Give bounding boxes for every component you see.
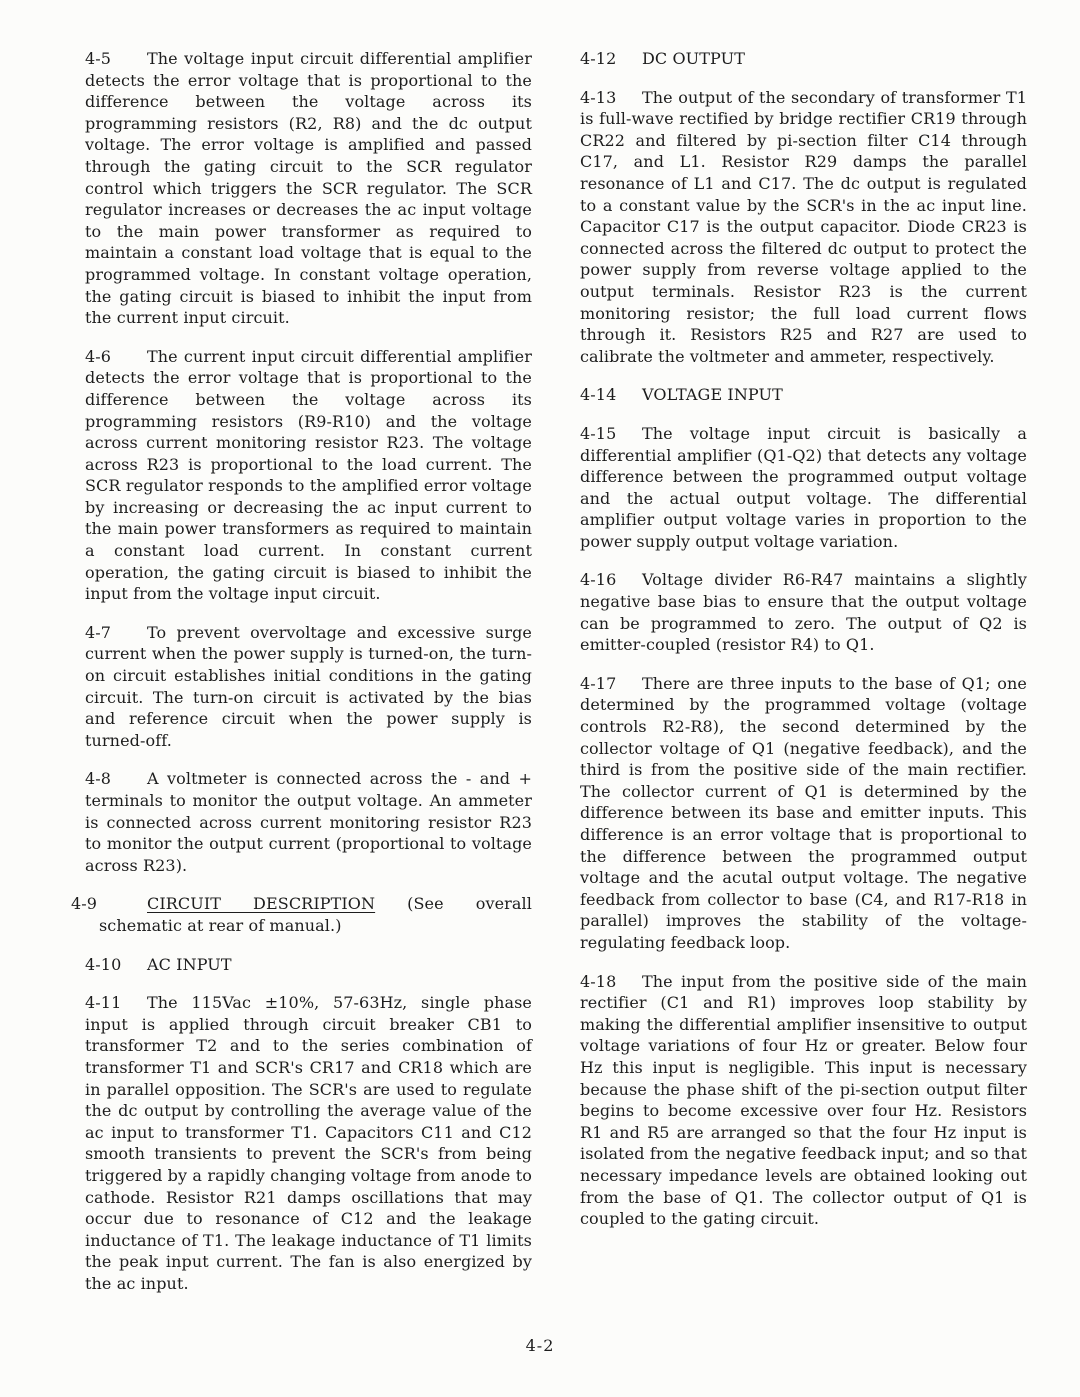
paragraph-4-16: 4-16Voltage divider R6-R47 maintains a s… [580,569,1027,655]
paragraph-number: 4-12 [580,48,642,70]
paragraph-text: The voltage input circuit is basically a… [580,424,1027,551]
paragraph-number: 4-7 [85,622,147,644]
paragraph-4-13: 4-13The output of the secondary of trans… [580,87,1027,368]
paragraph-number: 4-18 [580,971,642,993]
paragraph-text: The voltage input circuit differential a… [85,49,532,327]
paragraph-4-5: 4-5The voltage input circuit differentia… [85,48,532,329]
paragraph-4-17: 4-17There are three inputs to the base o… [580,673,1027,954]
paragraph-text: To prevent overvoltage and excessive sur… [85,623,532,750]
underlined-heading: CIRCUIT DESCRIPTION [147,894,375,913]
paragraph-text: The current input circuit differential a… [85,347,532,604]
paragraph-text: Voltage divider R6-R47 maintains a sligh… [580,570,1027,654]
section-heading-text: DC OUTPUT [642,49,745,68]
paragraph-4-9: 4-9CIRCUIT DESCRIPTION (See overall sche… [85,893,532,936]
text-columns: 4-5The voltage input circuit differentia… [0,0,1080,1294]
paragraph-text: The input from the positive side of the … [580,972,1027,1229]
paragraph-number: 4-6 [85,346,147,368]
section-heading-4-12: 4-12DC OUTPUT [580,48,1027,70]
manual-page: 4-5The voltage input circuit differentia… [0,0,1080,1397]
section-heading-4-14: 4-14VOLTAGE INPUT [580,384,1027,406]
paragraph-4-18: 4-18The input from the positive side of … [580,971,1027,1230]
left-column: 4-5The voltage input circuit differentia… [85,48,532,1294]
paragraph-number: 4-5 [85,48,147,70]
paragraph-4-7: 4-7To prevent overvoltage and excessive … [85,622,532,752]
page-number: 4-2 [0,1336,1080,1355]
paragraph-number: 4-8 [85,768,147,790]
section-heading-4-10: 4-10AC INPUT [85,954,532,976]
section-heading-text: VOLTAGE INPUT [642,385,783,404]
paragraph-number: 4-15 [580,423,642,445]
section-heading-text: AC INPUT [147,955,232,974]
paragraph-text: A voltmeter is connected across the - an… [85,769,532,874]
right-column: 4-12DC OUTPUT4-13The output of the secon… [580,48,1027,1294]
paragraph-text: The 115Vac ±10%, 57-63Hz, single phase i… [85,993,532,1293]
paragraph-text: There are three inputs to the base of Q1… [580,674,1027,952]
paragraph-4-15: 4-15The voltage input circuit is basical… [580,423,1027,553]
paragraph-number: 4-16 [580,569,642,591]
paragraph-number: 4-10 [85,954,147,976]
paragraph-number: 4-13 [580,87,642,109]
paragraph-4-6: 4-6The current input circuit differentia… [85,346,532,605]
paragraph-number: 4-9 [85,893,147,915]
paragraph-number: 4-11 [85,992,147,1014]
paragraph-4-8: 4-8A voltmeter is connected across the -… [85,768,532,876]
paragraph-number: 4-17 [580,673,642,695]
paragraph-4-11: 4-11The 115Vac ±10%, 57-63Hz, single pha… [85,992,532,1294]
paragraph-text: The output of the secondary of transform… [580,88,1027,366]
paragraph-number: 4-14 [580,384,642,406]
